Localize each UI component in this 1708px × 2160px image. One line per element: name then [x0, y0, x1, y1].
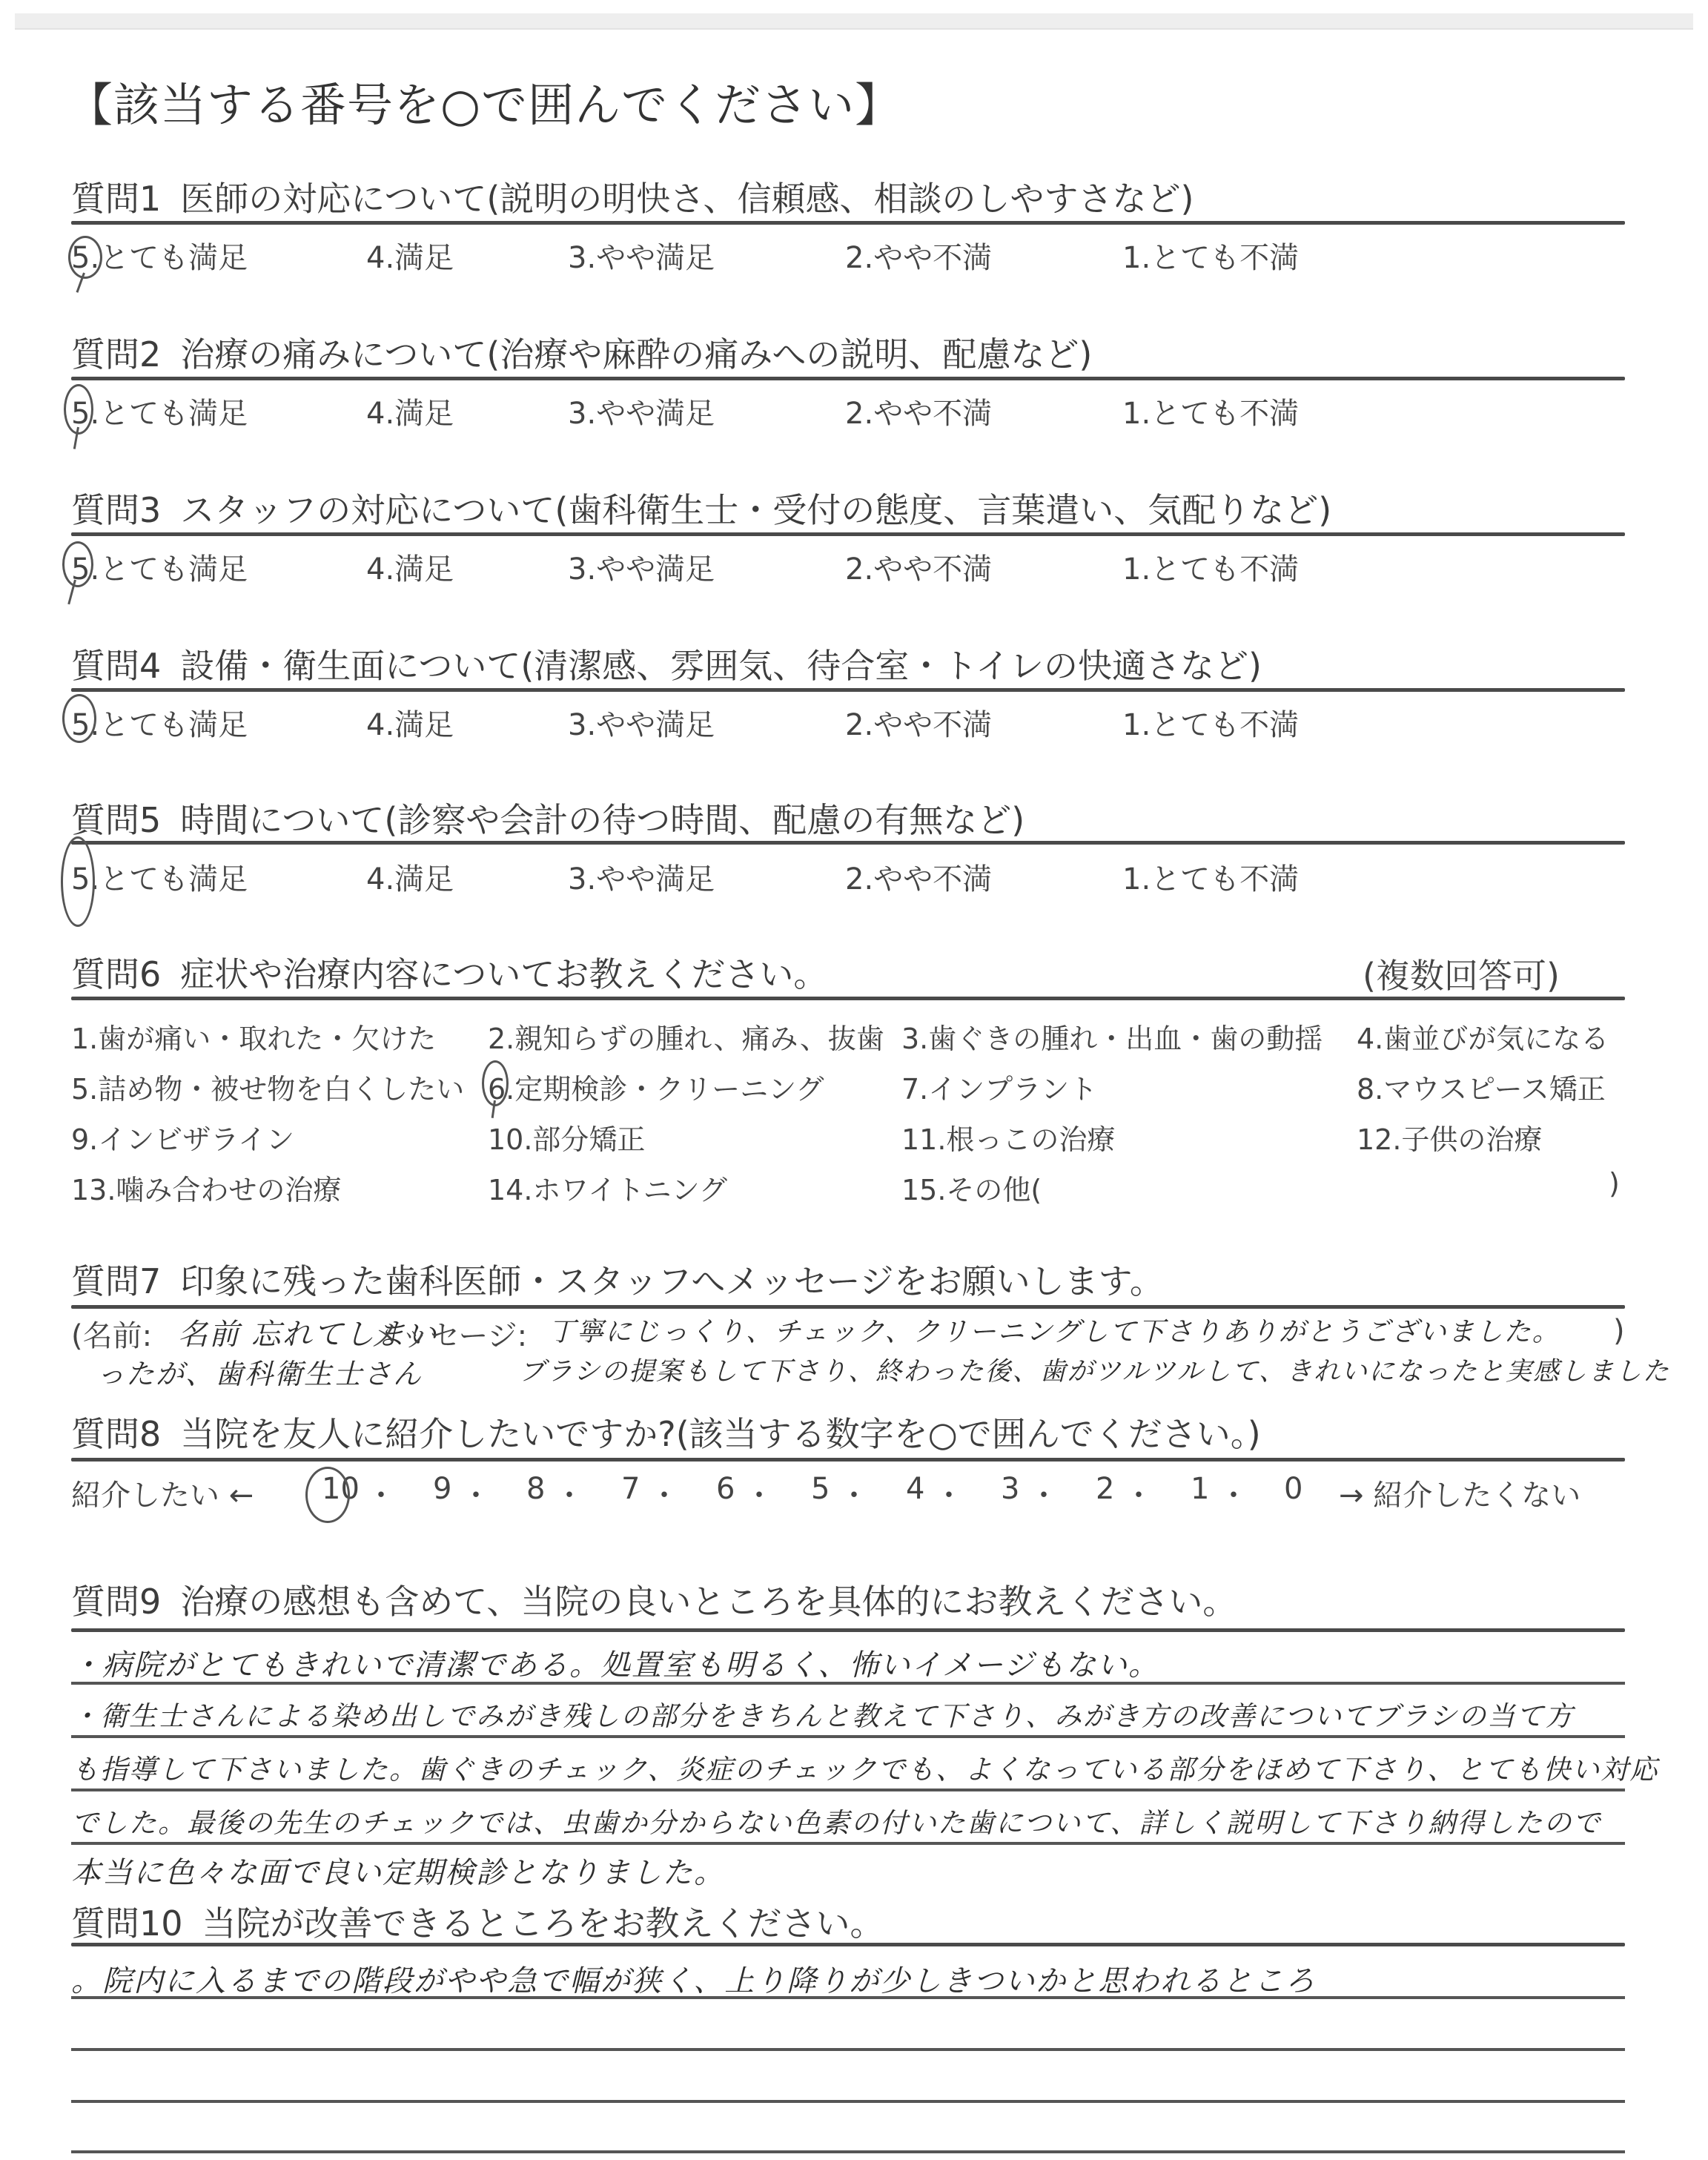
- scale-3[interactable]: 3: [1001, 1472, 1019, 1506]
- divider: [71, 688, 1625, 692]
- answer-line[interactable]: ・病院がとてもきれいで清潔である。処置室も明るく、怖いイメージもない。: [71, 1642, 1159, 1684]
- scale-6[interactable]: 6: [716, 1472, 735, 1506]
- option-3[interactable]: 3.やや満足: [568, 856, 715, 898]
- checkbox-option[interactable]: 2.親知らずの腫れ、痛み、抜歯: [488, 1016, 884, 1057]
- question-number: 質問1: [71, 179, 161, 219]
- option-1[interactable]: 1.とても不満: [1122, 856, 1299, 898]
- question-number: 質問2: [71, 334, 161, 374]
- answer-underline: [71, 2150, 1625, 2153]
- question-number: 質問5: [71, 800, 161, 840]
- message-field[interactable]: 丁寧にじっくり、チェック、クリーニングして下さりありがとうございました。: [549, 1311, 1560, 1349]
- separator-dot: ・: [366, 1472, 396, 1514]
- option-3[interactable]: 3.やや満足: [568, 390, 715, 432]
- question-number: 質問8: [71, 1414, 161, 1454]
- option-2[interactable]: 2.やや不満: [845, 546, 992, 588]
- option-1[interactable]: 1.とても不満: [1122, 546, 1299, 588]
- checkbox-option[interactable]: 9.インビザライン: [71, 1117, 294, 1157]
- option-5[interactable]: 5.とても満足: [71, 546, 248, 588]
- answer-line[interactable]: ・衛生士さんによる染め出しでみがき残しの部分をきちんと教えて下さり、みがき方の改…: [71, 1694, 1574, 1734]
- answer-underline: [71, 2048, 1625, 2051]
- selection-circle: [62, 694, 96, 743]
- name-field-continued[interactable]: ったが、歯科衛生士さん: [96, 1351, 423, 1392]
- divider: [71, 997, 1625, 1000]
- separator-dot: ・: [555, 1472, 584, 1514]
- separator-dot: ・: [649, 1472, 679, 1514]
- option-3[interactable]: 3.やや満足: [568, 546, 715, 588]
- divider: [71, 1628, 1625, 1632]
- message-label: メッセージ:: [371, 1312, 527, 1355]
- separator-dot: ・: [744, 1472, 774, 1514]
- separator-dot: ・: [461, 1472, 491, 1514]
- multiple-answers-note: (複数回答可): [1363, 949, 1560, 998]
- option-2[interactable]: 2.やや不満: [845, 856, 992, 898]
- form-title: 【該当する番号を○で囲んでください】: [67, 68, 901, 134]
- option-4[interactable]: 4.満足: [366, 234, 454, 277]
- selection-circle: [482, 1060, 509, 1106]
- question-number: 質問10: [71, 1903, 183, 1943]
- separator-dot: ・: [1124, 1472, 1153, 1514]
- question-text: 当院が改善できるところをお教えください。: [202, 1903, 884, 1943]
- close-paren: ): [1613, 1314, 1625, 1348]
- checkbox-option[interactable]: 13.噛み合わせの治療: [71, 1167, 341, 1208]
- separator-dot: ・: [934, 1472, 964, 1514]
- question-6-header: 質問6症状や治療内容についてお教えください。: [71, 948, 827, 997]
- answer-underline: [71, 2100, 1625, 2103]
- question-text: 時間について(診察や会計の待つ時間、配慮の有無など): [180, 800, 1025, 840]
- separator-dot: ・: [839, 1472, 869, 1514]
- question-text: 当院を友人に紹介したいですか?(該当する数字を○で囲んでください。): [180, 1414, 1260, 1454]
- option-5[interactable]: 5.とても満足: [71, 701, 248, 744]
- scale-0[interactable]: 0: [1284, 1472, 1302, 1506]
- selection-circle: [305, 1467, 350, 1523]
- checkbox-option[interactable]: 8.マウスピース矯正: [1357, 1066, 1606, 1107]
- answer-line[interactable]: 本当に色々な面で良い定期検診となりました。: [71, 1849, 725, 1892]
- question-text: 治療の痛みについて(治療や麻酔の痛みへの説明、配慮など): [180, 334, 1092, 374]
- divider: [71, 532, 1625, 536]
- answer-underline: [71, 1789, 1625, 1791]
- checkbox-option[interactable]: 3.歯ぐきの腫れ・出血・歯の動揺: [901, 1016, 1323, 1057]
- scale-5[interactable]: 5: [811, 1472, 830, 1506]
- checkbox-option[interactable]: 10.部分矯正: [488, 1117, 645, 1157]
- answer-underline: [71, 1996, 1625, 1999]
- separator-dot: ・: [1219, 1472, 1248, 1514]
- option-3[interactable]: 3.やや満足: [568, 701, 715, 744]
- checkbox-option[interactable]: 14.ホワイトニング: [488, 1167, 727, 1208]
- option-2[interactable]: 2.やや不満: [845, 390, 992, 432]
- checkbox-option[interactable]: 5.詰め物・被せ物を白くしたい: [71, 1066, 464, 1107]
- question-5-header: 質問5時間について(診察や会計の待つ時間、配慮の有無など): [71, 793, 1025, 842]
- answer-underline: [71, 1682, 1625, 1685]
- scale-9[interactable]: 9: [433, 1472, 451, 1506]
- question-number: 質問9: [71, 1582, 161, 1622]
- question-9-header: 質問9治療の感想も含めて、当院の良いところを具体的にお教えください。: [71, 1575, 1237, 1624]
- question-text: 印象に残った歯科医師・スタッフへメッセージをお願いします。: [180, 1261, 1164, 1301]
- scale-7[interactable]: 7: [621, 1472, 640, 1506]
- other-close-paren: ): [1609, 1167, 1620, 1200]
- checkbox-option[interactable]: 7.インプラント: [901, 1066, 1097, 1107]
- option-4[interactable]: 4.満足: [366, 546, 454, 588]
- divider: [71, 1305, 1625, 1309]
- question-number: 質問7: [71, 1261, 161, 1301]
- option-3[interactable]: 3.やや満足: [568, 234, 715, 277]
- answer-underline: [71, 1842, 1625, 1845]
- selection-circle: [62, 541, 93, 587]
- name-label: (名前:: [71, 1312, 152, 1355]
- divider: [71, 221, 1625, 225]
- option-2[interactable]: 2.やや不満: [845, 701, 992, 744]
- question-7-header: 質問7印象に残った歯科医師・スタッフへメッセージをお願いします。: [71, 1255, 1164, 1304]
- checkbox-option[interactable]: 11.根っこの治療: [901, 1117, 1115, 1157]
- message-field-continued[interactable]: ブラシの提案もして下さり、終わった後、歯がツルツルして、きれいになったと実感しま…: [519, 1351, 1670, 1388]
- question-text: 治療の感想も含めて、当院の良いところを具体的にお教えください。: [180, 1582, 1237, 1622]
- option-5[interactable]: 5.とても満足: [71, 856, 248, 898]
- scale-right-label: → 紹介したくない: [1339, 1472, 1580, 1514]
- scale-4[interactable]: 4: [906, 1472, 924, 1506]
- option-4[interactable]: 4.満足: [366, 701, 454, 744]
- question-10-header: 質問10当院が改善できるところをお教えください。: [71, 1897, 884, 1946]
- option-5[interactable]: 5.とても満足: [71, 390, 248, 432]
- question-2-header: 質問2治療の痛みについて(治療や麻酔の痛みへの説明、配慮など): [71, 328, 1092, 377]
- scan-top-edge: [15, 13, 1693, 30]
- checkbox-option[interactable]: 1.歯が痛い・取れた・欠けた: [71, 1016, 436, 1057]
- checkbox-option[interactable]: 12.子供の治療: [1357, 1117, 1542, 1157]
- option-1[interactable]: 1.とても不満: [1122, 390, 1299, 432]
- answer-underline: [71, 1735, 1625, 1738]
- divider: [71, 1943, 1625, 1946]
- checkbox-option[interactable]: 4.歯並びが気になる: [1357, 1016, 1609, 1057]
- divider: [71, 1458, 1625, 1462]
- option-1[interactable]: 1.とても不満: [1122, 234, 1299, 277]
- scale-2[interactable]: 2: [1096, 1472, 1114, 1506]
- selection-circle: [61, 836, 95, 927]
- option-1[interactable]: 1.とても不満: [1122, 701, 1299, 744]
- divider: [71, 841, 1625, 845]
- answer-line[interactable]: 。院内に入るまでの階段がやや急で幅が狭く、上り降りが少しきついかと思われるところ: [71, 1958, 1316, 2000]
- scale-1[interactable]: 1: [1191, 1472, 1209, 1506]
- separator-dot: ・: [1029, 1472, 1059, 1514]
- answer-line[interactable]: でした。最後の先生のチェックでは、虫歯か分からない色素の付いた歯について、詳しく…: [71, 1800, 1601, 1840]
- question-number: 質問3: [71, 490, 161, 530]
- question-text: 医師の対応について(説明の明快さ、信頼感、相談のしやすさなど): [180, 179, 1194, 219]
- question-text: 症状や治療内容についてお教えください。: [180, 954, 827, 994]
- question-1-header: 質問1医師の対応について(説明の明快さ、信頼感、相談のしやすさなど): [71, 172, 1194, 221]
- option-4[interactable]: 4.満足: [366, 390, 454, 432]
- answer-line[interactable]: も指導して下さいました。歯ぐきのチェック、炎症のチェックでも、よくなっている部分…: [71, 1747, 1658, 1787]
- question-4-header: 質問4設備・衛生面について(清潔感、雰囲気、待合室・トイレの快適さなど): [71, 639, 1262, 688]
- checkbox-option-other[interactable]: 15.その他(: [901, 1167, 1042, 1208]
- selection-circle: [68, 236, 102, 279]
- question-number: 質問6: [71, 954, 161, 994]
- scale-left-label: 紹介したい ←: [71, 1472, 254, 1514]
- question-text: 設備・衛生面について(清潔感、雰囲気、待合室・トイレの快適さなど): [180, 646, 1262, 686]
- question-number: 質問4: [71, 646, 161, 686]
- question-8-header: 質問8当院を友人に紹介したいですか?(該当する数字を○で囲んでください。): [71, 1407, 1261, 1456]
- divider: [71, 377, 1625, 380]
- checkbox-option-selected[interactable]: 6.定期検診・クリーニング: [488, 1066, 824, 1107]
- option-4[interactable]: 4.満足: [366, 856, 454, 898]
- question-3-header: 質問3スタッフの対応について(歯科衛生士・受付の態度、言葉遣い、気配りなど): [71, 483, 1331, 532]
- option-2[interactable]: 2.やや不満: [845, 234, 992, 277]
- question-text: スタッフの対応について(歯科衛生士・受付の態度、言葉遣い、気配りなど): [180, 490, 1331, 530]
- scale-8[interactable]: 8: [526, 1472, 545, 1506]
